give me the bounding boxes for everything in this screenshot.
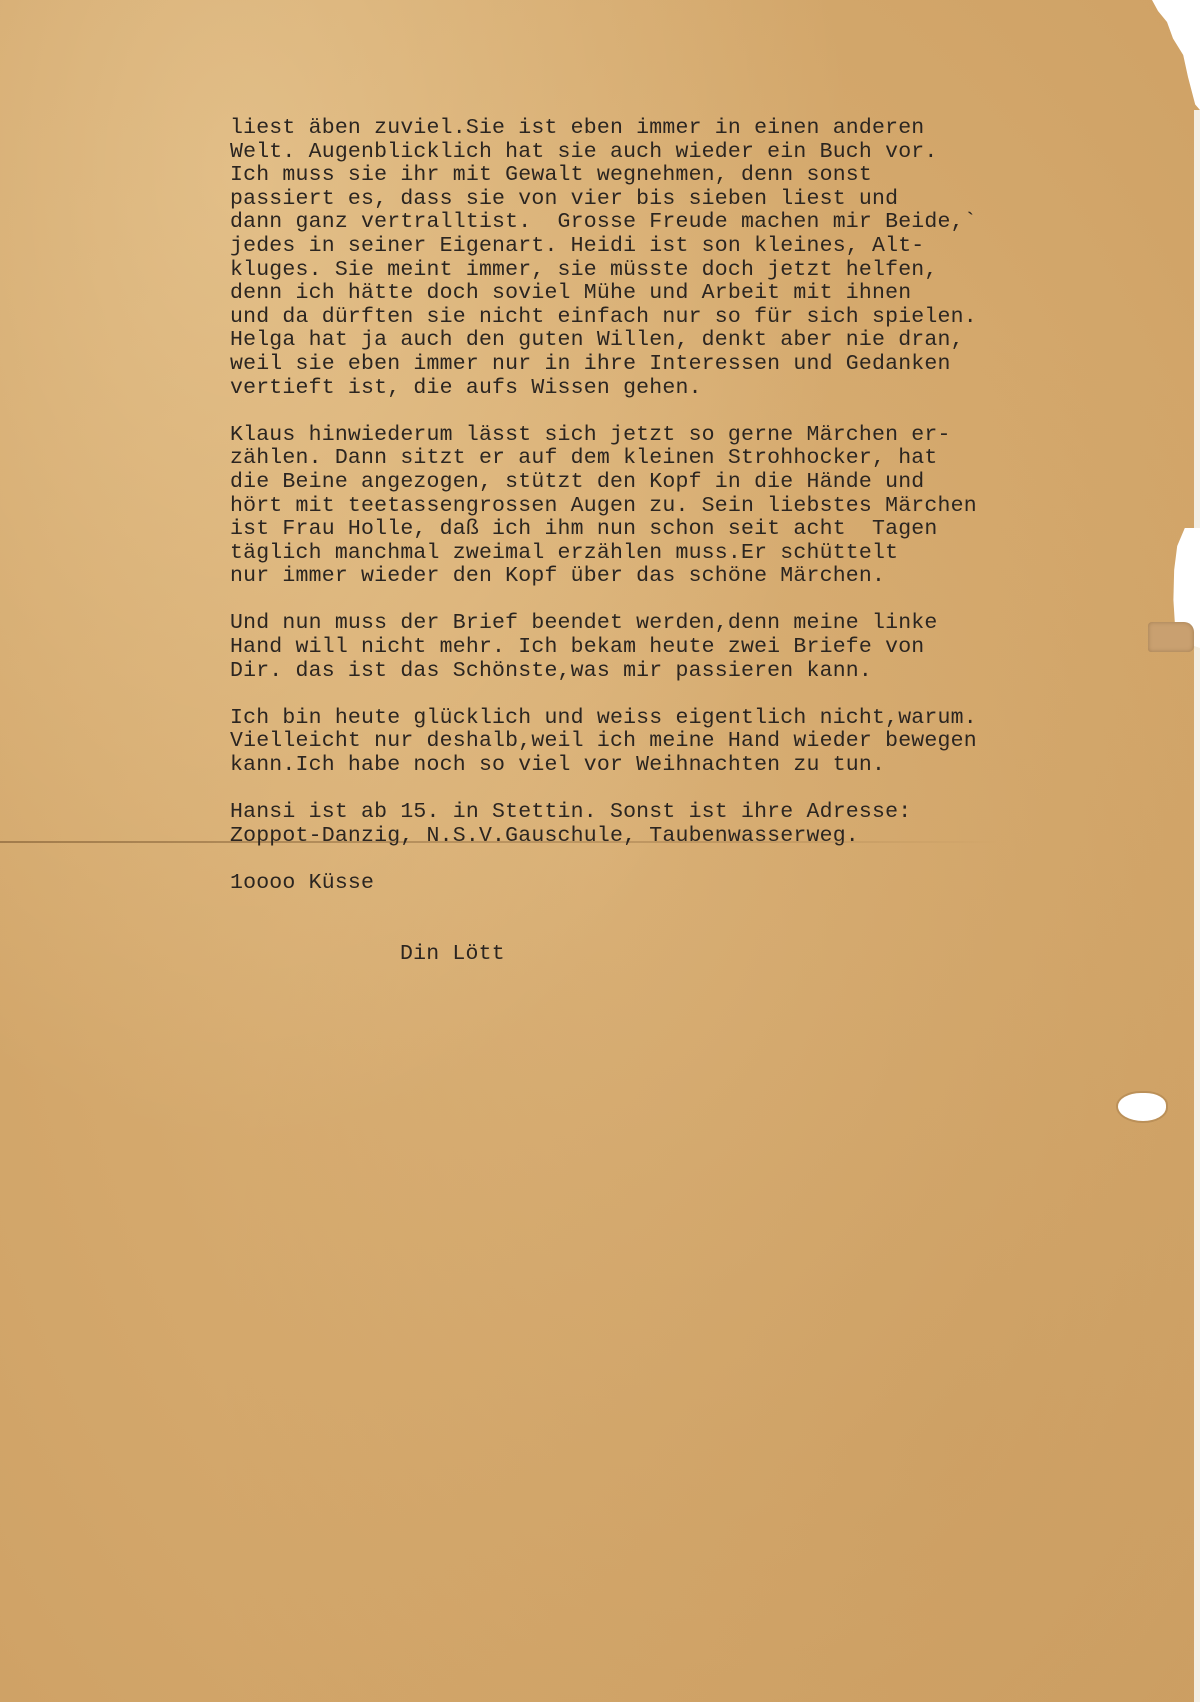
text-line: nur immer wieder den Kopf über das schön… (230, 565, 1090, 589)
text-line: Welt. Augenblicklich hat sie auch wieder… (230, 141, 1090, 165)
closing-line: 1oooo Küsse (230, 872, 1090, 896)
text-line: Klaus hinwiederum lässt sich jetzt so ge… (230, 424, 1090, 448)
text-line: dann ganz vertralltist. Grosse Freude ma… (230, 211, 1090, 235)
text-line: die Beine angezogen, stützt den Kopf in … (230, 471, 1090, 495)
torn-corner (1140, 0, 1200, 110)
paragraph-klaus-fairytales: Klaus hinwiederum lässt sich jetzt so ge… (230, 424, 1090, 589)
text-line: vertieft ist, die aufs Wissen gehen. (230, 377, 1090, 401)
text-line: liest äben zuviel.Sie ist eben immer in … (230, 117, 1090, 141)
text-line: Ich bin heute glücklich und weiss eigent… (230, 707, 1090, 731)
paragraph-children-reading: liest äben zuviel.Sie ist eben immer in … (230, 117, 1090, 400)
signature: Din Lött (400, 943, 1090, 967)
text-line: kluges. Sie meint immer, sie müsste doch… (230, 259, 1090, 283)
paper-edge (1194, 110, 1200, 1702)
text-line: hört mit teetassengrossen Augen zu. Sein… (230, 495, 1090, 519)
text-line: weil sie eben immer nur in ihre Interess… (230, 353, 1090, 377)
letter-page: liest äben zuviel.Sie ist eben immer in … (0, 0, 1200, 1702)
punch-hole (1118, 1093, 1166, 1121)
torn-flap (1148, 622, 1194, 652)
text-line: ist Frau Holle, daß ich ihm nun schon se… (230, 518, 1090, 542)
text-line: kann.Ich habe noch so viel vor Weihnacht… (230, 754, 1090, 778)
paragraph-ending-letter: Und nun muss der Brief beendet werden,de… (230, 612, 1090, 683)
letter-body: liest äben zuviel.Sie ist eben immer in … (230, 117, 1090, 966)
text-line: täglich manchmal zweimal erzählen muss.E… (230, 542, 1090, 566)
text-line: passiert es, dass sie von vier bis siebe… (230, 188, 1090, 212)
text-line: Ich muss sie ihr mit Gewalt wegnehmen, d… (230, 164, 1090, 188)
paragraph-happy-today: Ich bin heute glücklich und weiss eigent… (230, 707, 1090, 778)
text-line: Und nun muss der Brief beendet werden,de… (230, 612, 1090, 636)
text-line: Hansi ist ab 15. in Stettin. Sonst ist i… (230, 801, 1090, 825)
paragraph-address: Hansi ist ab 15. in Stettin. Sonst ist i… (230, 801, 1090, 848)
text-line: zählen. Dann sitzt er auf dem kleinen St… (230, 447, 1090, 471)
text-line: Dir. das ist das Schönste,was mir passie… (230, 660, 1090, 684)
text-line: Zoppot-Danzig, N.S.V.Gauschule, Taubenwa… (230, 825, 1090, 849)
text-line: und da dürften sie nicht einfach nur so … (230, 306, 1090, 330)
text-line: Hand will nicht mehr. Ich bekam heute zw… (230, 636, 1090, 660)
text-line: Vielleicht nur deshalb,weil ich meine Ha… (230, 730, 1090, 754)
text-line: denn ich hätte doch soviel Mühe und Arbe… (230, 282, 1090, 306)
text-line: Helga hat ja auch den guten Willen, denk… (230, 329, 1090, 353)
text-line: jedes in seiner Eigenart. Heidi ist son … (230, 235, 1090, 259)
